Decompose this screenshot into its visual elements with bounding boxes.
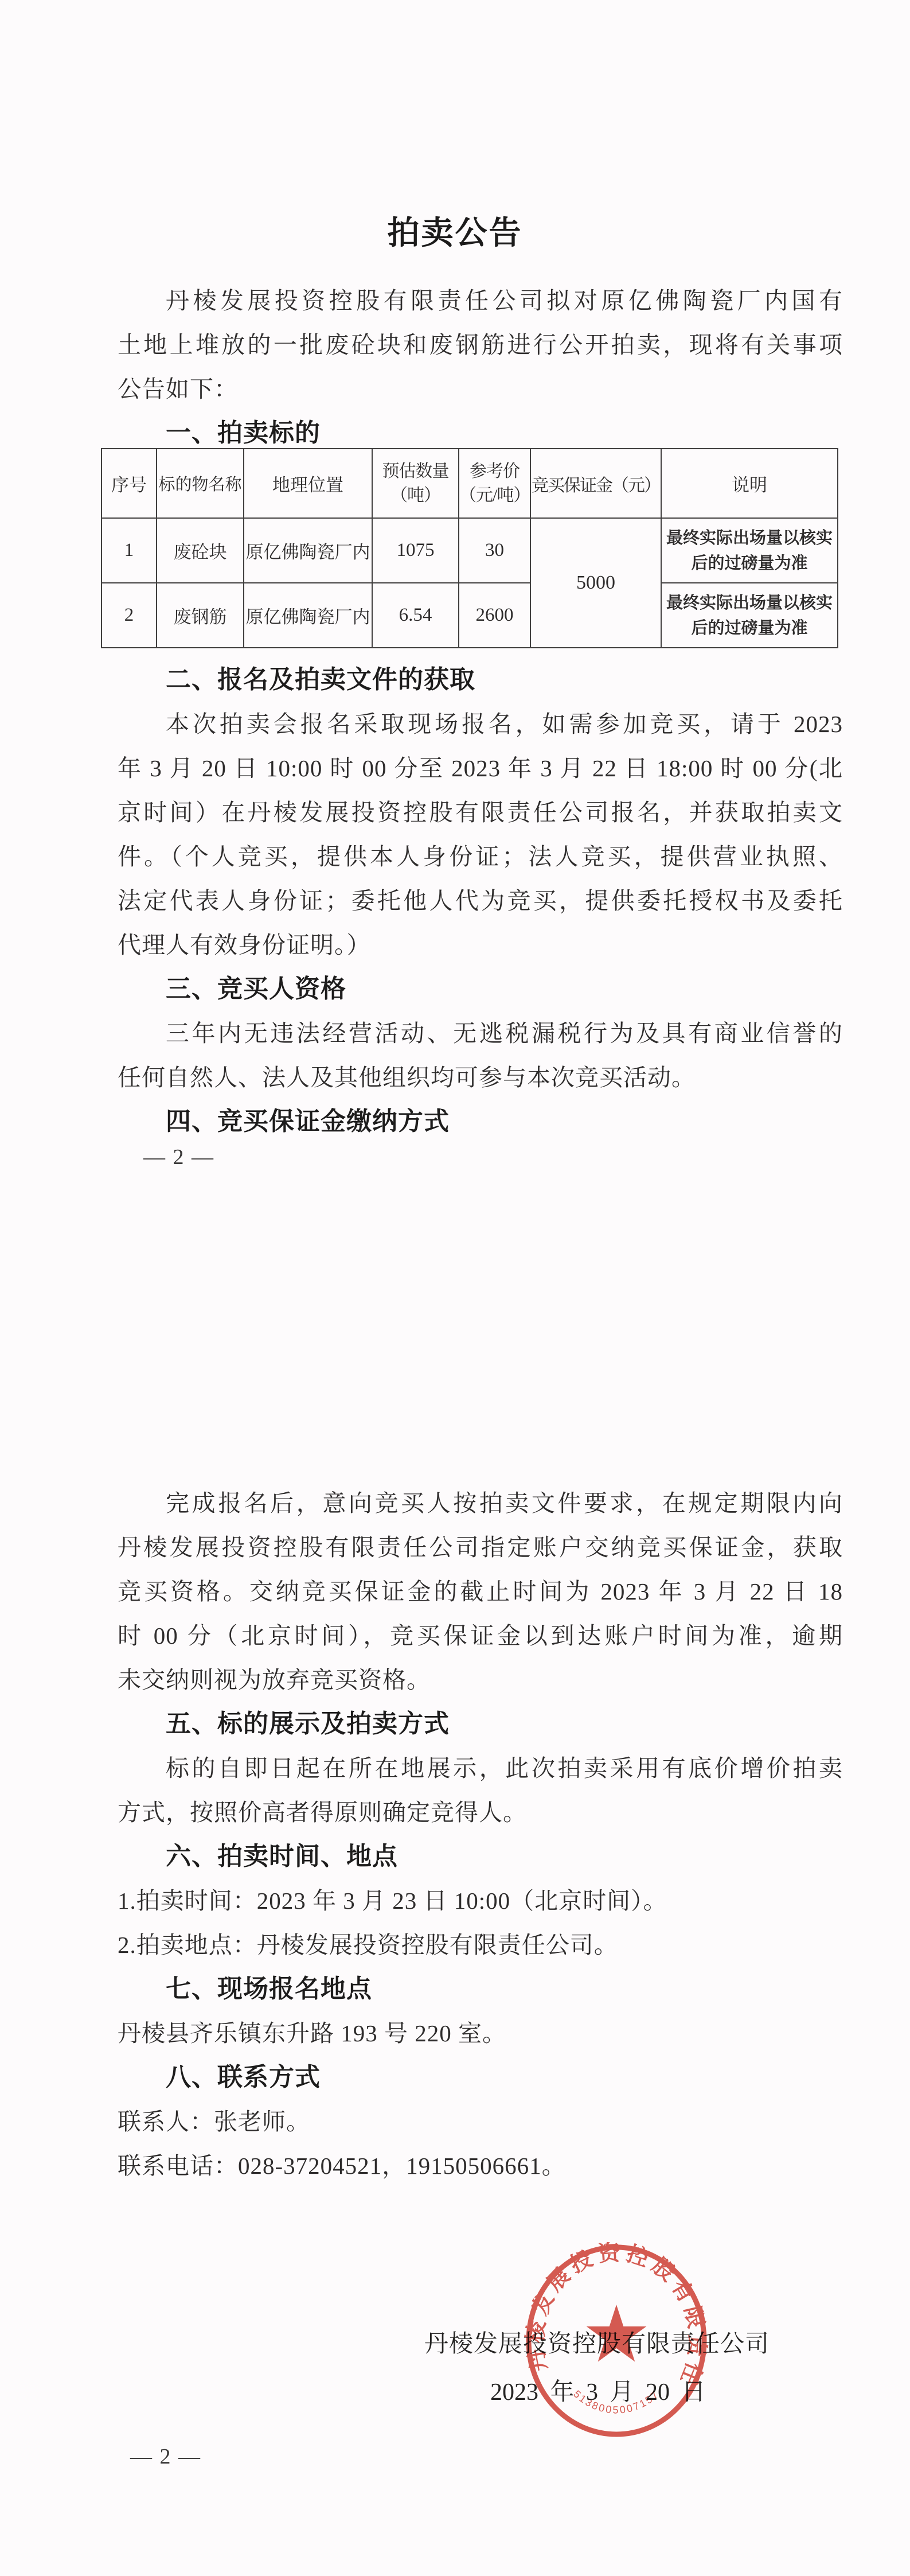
intro-line: 丹棱发展投资控股有限责任公司拟对原亿佛陶瓷厂内国有 <box>118 283 843 318</box>
col-header-quantity: 预估数量 （吨） <box>372 449 459 518</box>
col-header-deposit: 竞买保证金（元） <box>530 449 661 518</box>
cell-ref-price: 2600 <box>459 583 530 648</box>
col-header-remark: 说明 <box>661 449 838 518</box>
page-number-footer: — 2 — <box>130 2444 201 2469</box>
body-line: 三年内无违法经营活动、无逃税漏税行为及具有商业信誉的 <box>118 1016 843 1050</box>
auction-items-table: 序号 标的物名称 地理位置 预估数量 （吨） 参考价 （元/吨） 竞买保证金（元… <box>101 448 838 648</box>
col-header-seq: 序号 <box>101 449 157 518</box>
cell-quantity: 6.54 <box>372 583 459 648</box>
body-line: 丹棱发展投资控股有限责任公司指定账户交纳竞买保证金，获取 <box>118 1530 843 1565</box>
intro-line: 土地上堆放的一批废砼块和废钢筋进行公开拍卖，现将有关事项 <box>118 328 843 362</box>
section-heading-contact: 八、联系方式 <box>166 2061 321 2094</box>
cell-quantity: 1075 <box>372 518 459 583</box>
cell-item-name: 废钢筋 <box>157 583 244 648</box>
cell-seq: 2 <box>101 583 157 648</box>
body-line: 竞买资格。交纳竞买保证金的截止时间为 2023 年 3 月 22 日 18 <box>118 1574 843 1609</box>
section-heading-bidder-qualification: 三、竞买人资格 <box>166 973 346 1005</box>
table-header-row: 序号 标的物名称 地理位置 预估数量 （吨） 参考价 （元/吨） 竞买保证金（元… <box>101 449 838 518</box>
cell-remark: 最终实际出场量以核实后的过磅量为准 <box>661 518 838 583</box>
cell-location: 原亿佛陶瓷厂内 <box>244 583 372 648</box>
body-line: 标的自即日起在所在地展示，此次拍卖采用有底价增价拍卖 <box>118 1751 843 1785</box>
section-heading-onsite-registration-place: 七、现场报名地点 <box>166 1973 372 2005</box>
section-heading-registration: 二、报名及拍卖文件的获取 <box>166 664 475 696</box>
section-heading-display-auction-method: 五、标的展示及拍卖方式 <box>166 1708 450 1740</box>
col-header-ref-price: 参考价 （元/吨） <box>459 449 530 518</box>
body-line: 年 3 月 20 日 10:00 时 00 分至 2023 年 3 月 22 日… <box>118 751 843 785</box>
seal-star-icon <box>587 2305 647 2362</box>
scanned-auction-announcement: 拍卖公告 丹棱发展投资控股有限责任公司拟对原亿佛陶瓷厂内国有 土地上堆放的一批废… <box>0 0 910 2576</box>
col-header-item-name: 标的物名称 <box>157 449 244 518</box>
page-title: 拍卖公告 <box>0 208 910 254</box>
body-line: 任何自然人、法人及其他组织均可参与本次竞买活动。 <box>118 1060 843 1095</box>
section-heading-auction-items: 一、拍卖标的 <box>166 417 321 449</box>
body-line: 件。（个人竞买，提供本人身份证；法人竞买，提供营业执照、 <box>118 839 843 874</box>
company-seal-stamp: 丹棱发展投资控股有限责任公司 5138005007157 <box>518 2238 716 2447</box>
body-line: 法定代表人身份证；委托他人代为竞买，提供委托授权书及委托 <box>118 884 843 918</box>
seal-serial-number: 5138005007157 <box>571 2388 662 2415</box>
body-line: 2.拍卖地点：丹棱发展投资控股有限责任公司。 <box>118 1928 843 1962</box>
cell-seq: 1 <box>101 518 157 583</box>
intro-line: 公告如下： <box>118 372 843 406</box>
body-line: 代理人有效身份证明。） <box>118 928 843 962</box>
contact-person-line: 联系人：张老师。 <box>118 2104 843 2139</box>
body-line: 丹棱县齐乐镇东升路 193 号 220 室。 <box>118 2016 843 2050</box>
body-line: 未交纳则视为放弃竞买资格。 <box>118 1663 843 1697</box>
cell-item-name: 废砼块 <box>157 518 244 583</box>
table-row: 1 废砼块 原亿佛陶瓷厂内 1075 30 5000 最终实际出场量以核实后的过… <box>101 518 838 583</box>
page-number-footer: — 2 — <box>143 1145 214 1170</box>
cell-remark: 最终实际出场量以核实后的过磅量为准 <box>661 583 838 648</box>
cell-ref-price: 30 <box>459 518 530 583</box>
section-heading-auction-time-place: 六、拍卖时间、地点 <box>166 1840 398 1873</box>
table-row: 2 废钢筋 原亿佛陶瓷厂内 6.54 2600 最终实际出场量以核实后的过磅量为… <box>101 583 838 648</box>
body-line: 时 00 分（北京时间），竞买保证金以到达账户时间为准，逾期 <box>118 1618 843 1653</box>
col-header-location: 地理位置 <box>244 449 372 518</box>
body-line: 完成报名后，意向竞买人按拍卖文件要求，在规定期限内向 <box>118 1486 843 1520</box>
contact-phone-line: 联系电话：028-37204521，19150506661。 <box>118 2149 843 2183</box>
body-line: 方式，按照价高者得原则确定竞得人。 <box>118 1795 843 1830</box>
body-line: 京时间）在丹棱发展投资控股有限责任公司报名，并获取拍卖文 <box>118 795 843 830</box>
body-line: 本次拍卖会报名采取现场报名，如需参加竞买，请于 2023 <box>118 707 843 741</box>
section-heading-deposit-payment: 四、竞买保证金缴纳方式 <box>166 1106 450 1138</box>
cell-location: 原亿佛陶瓷厂内 <box>244 518 372 583</box>
cell-deposit-merged: 5000 <box>530 518 661 648</box>
body-line: 1.拍卖时间：2023 年 3 月 23 日 10:00（北京时间）。 <box>118 1884 843 1918</box>
